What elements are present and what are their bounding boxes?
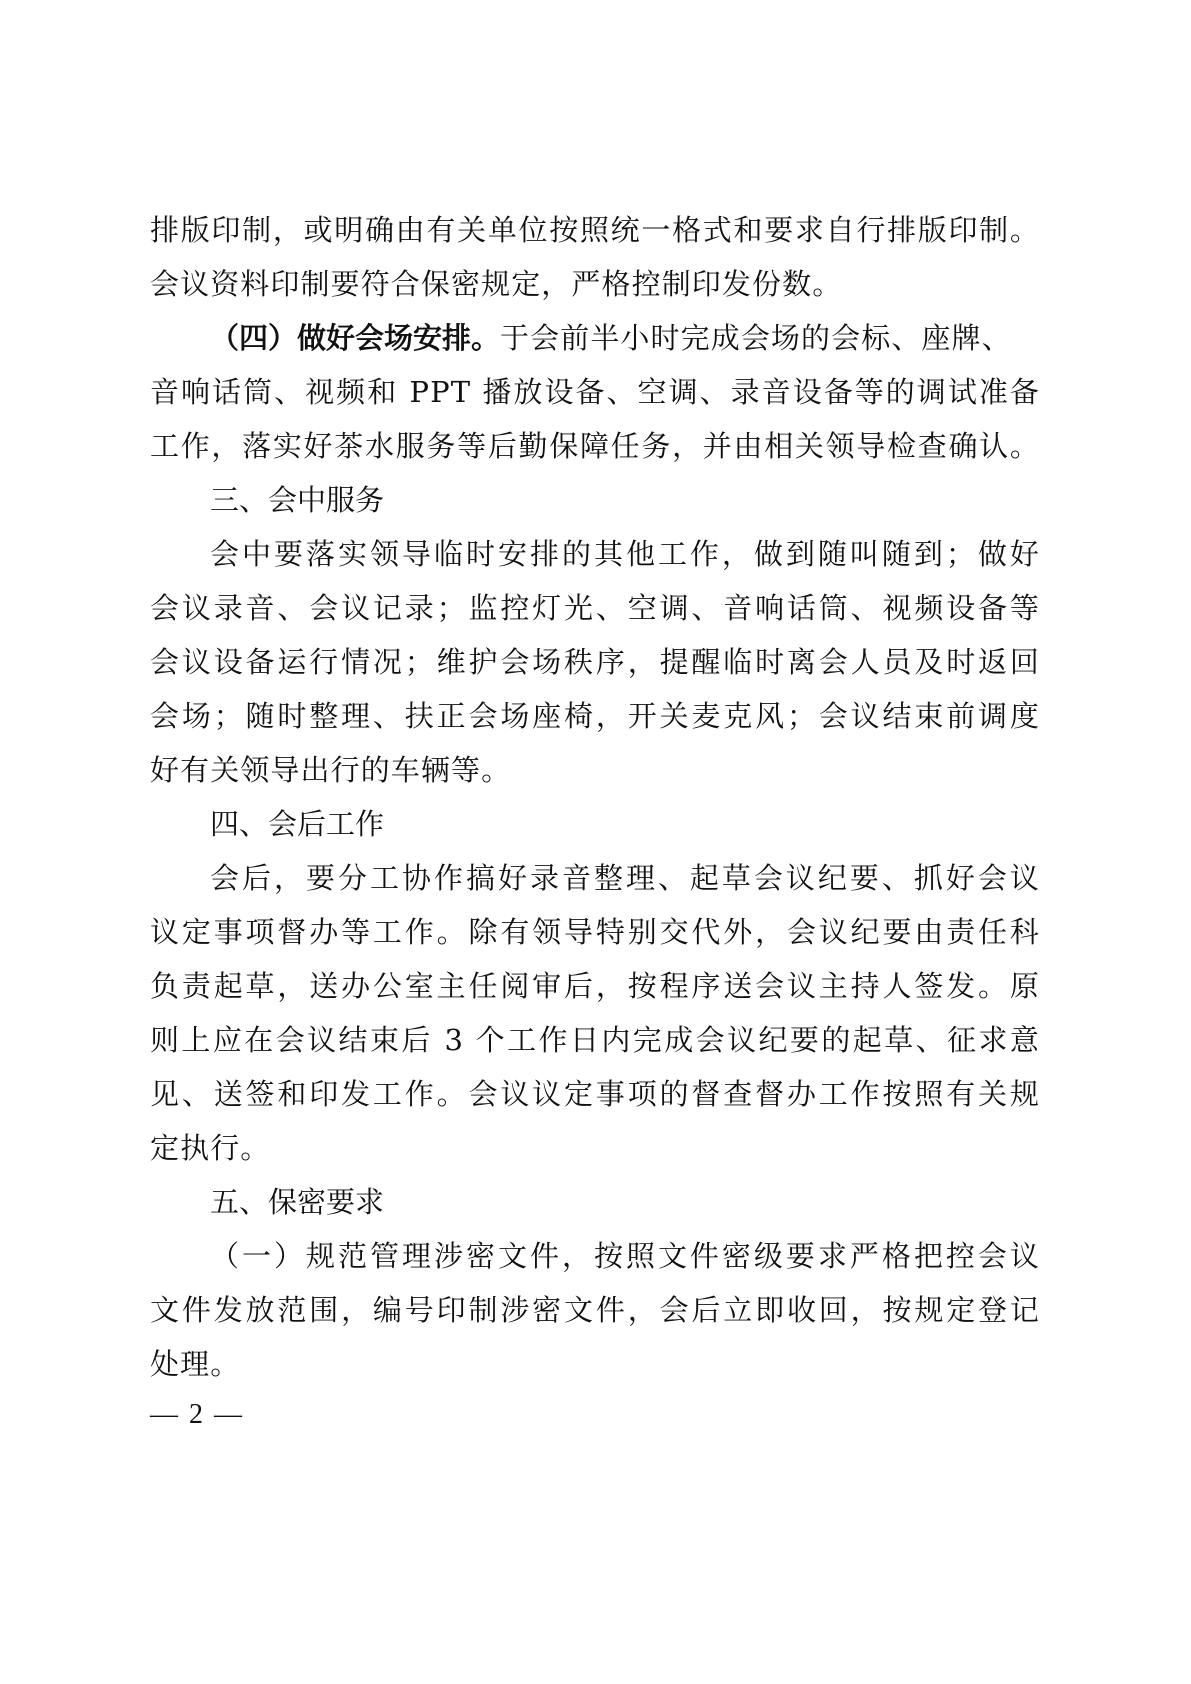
text-line: 会议设备运行情况；维护会场秩序，提醒临时离会人员及时返回 (150, 642, 1040, 682)
text-line: 文件发放范围，编号印制涉密文件，会后立即收回，按规定登记 (150, 1290, 1040, 1330)
text-line: 定执行。 (150, 1128, 1040, 1168)
text-line: 见、送签和印发工作。会议议定事项的督查督办工作按照有关规 (150, 1074, 1040, 1114)
text-line: 会议录音、会议记录；监控灯光、空调、音响话筒、视频设备等 (150, 588, 1040, 628)
section-heading: 四、会后工作 (210, 804, 1040, 844)
section-heading: 三、会中服务 (210, 480, 1040, 520)
text-line: 议定事项督办等工作。除有领导特别交代外，会议纪要由责任科 (150, 912, 1040, 952)
text-line: 负责起草，送办公室主任阅审后，按程序送会议主持人签发。原 (150, 966, 1040, 1006)
text-line: 工作，落实好茶水服务等后勤保障任务，并由相关领导检查确认。 (150, 426, 1040, 466)
text-line: 会中要落实领导临时安排的其他工作，做到随叫随到；做好 (210, 534, 1040, 574)
text-line: 会后，要分工协作搞好录音整理、起草会议纪要、抓好会议 (210, 858, 1040, 898)
section-heading: 五、保密要求 (210, 1182, 1040, 1222)
text-line: 排版印制，或明确由有关单位按照统一格式和要求自行排版印制。 (150, 210, 1040, 250)
text-line: （一）规范管理涉密文件，按照文件密级要求严格把控会议 (210, 1236, 1040, 1276)
text-line: 会场；随时整理、扶正会场座椅，开关麦克风；会议结束前调度 (150, 696, 1040, 736)
text-run: 于会前半小时完成会场的会标、座牌、 (500, 321, 1012, 355)
text-line: 处理。 (150, 1344, 1040, 1384)
text-line: 会议资料印制要符合保密规定，严格控制印发份数。 (150, 264, 1040, 304)
text-line: （四）做好会场安排。于会前半小时完成会场的会标、座牌、 (210, 318, 1040, 358)
text-line: 好有关领导出行的车辆等。 (150, 750, 1040, 790)
text-line: 音响话筒、视频和 PPT 播放设备、空调、录音设备等的调试准备 (150, 372, 1040, 412)
text-line: 则上应在会议结束后 3 个工作日内完成会议纪要的起草、征求意 (150, 1020, 1040, 1060)
subsection-heading: （四）做好会场安排。 (210, 321, 500, 355)
document-page: 排版印制，或明确由有关单位按照统一格式和要求自行排版印制。 会议资料印制要符合保… (0, 0, 1191, 1684)
page-number: — 2 — (150, 1395, 244, 1435)
